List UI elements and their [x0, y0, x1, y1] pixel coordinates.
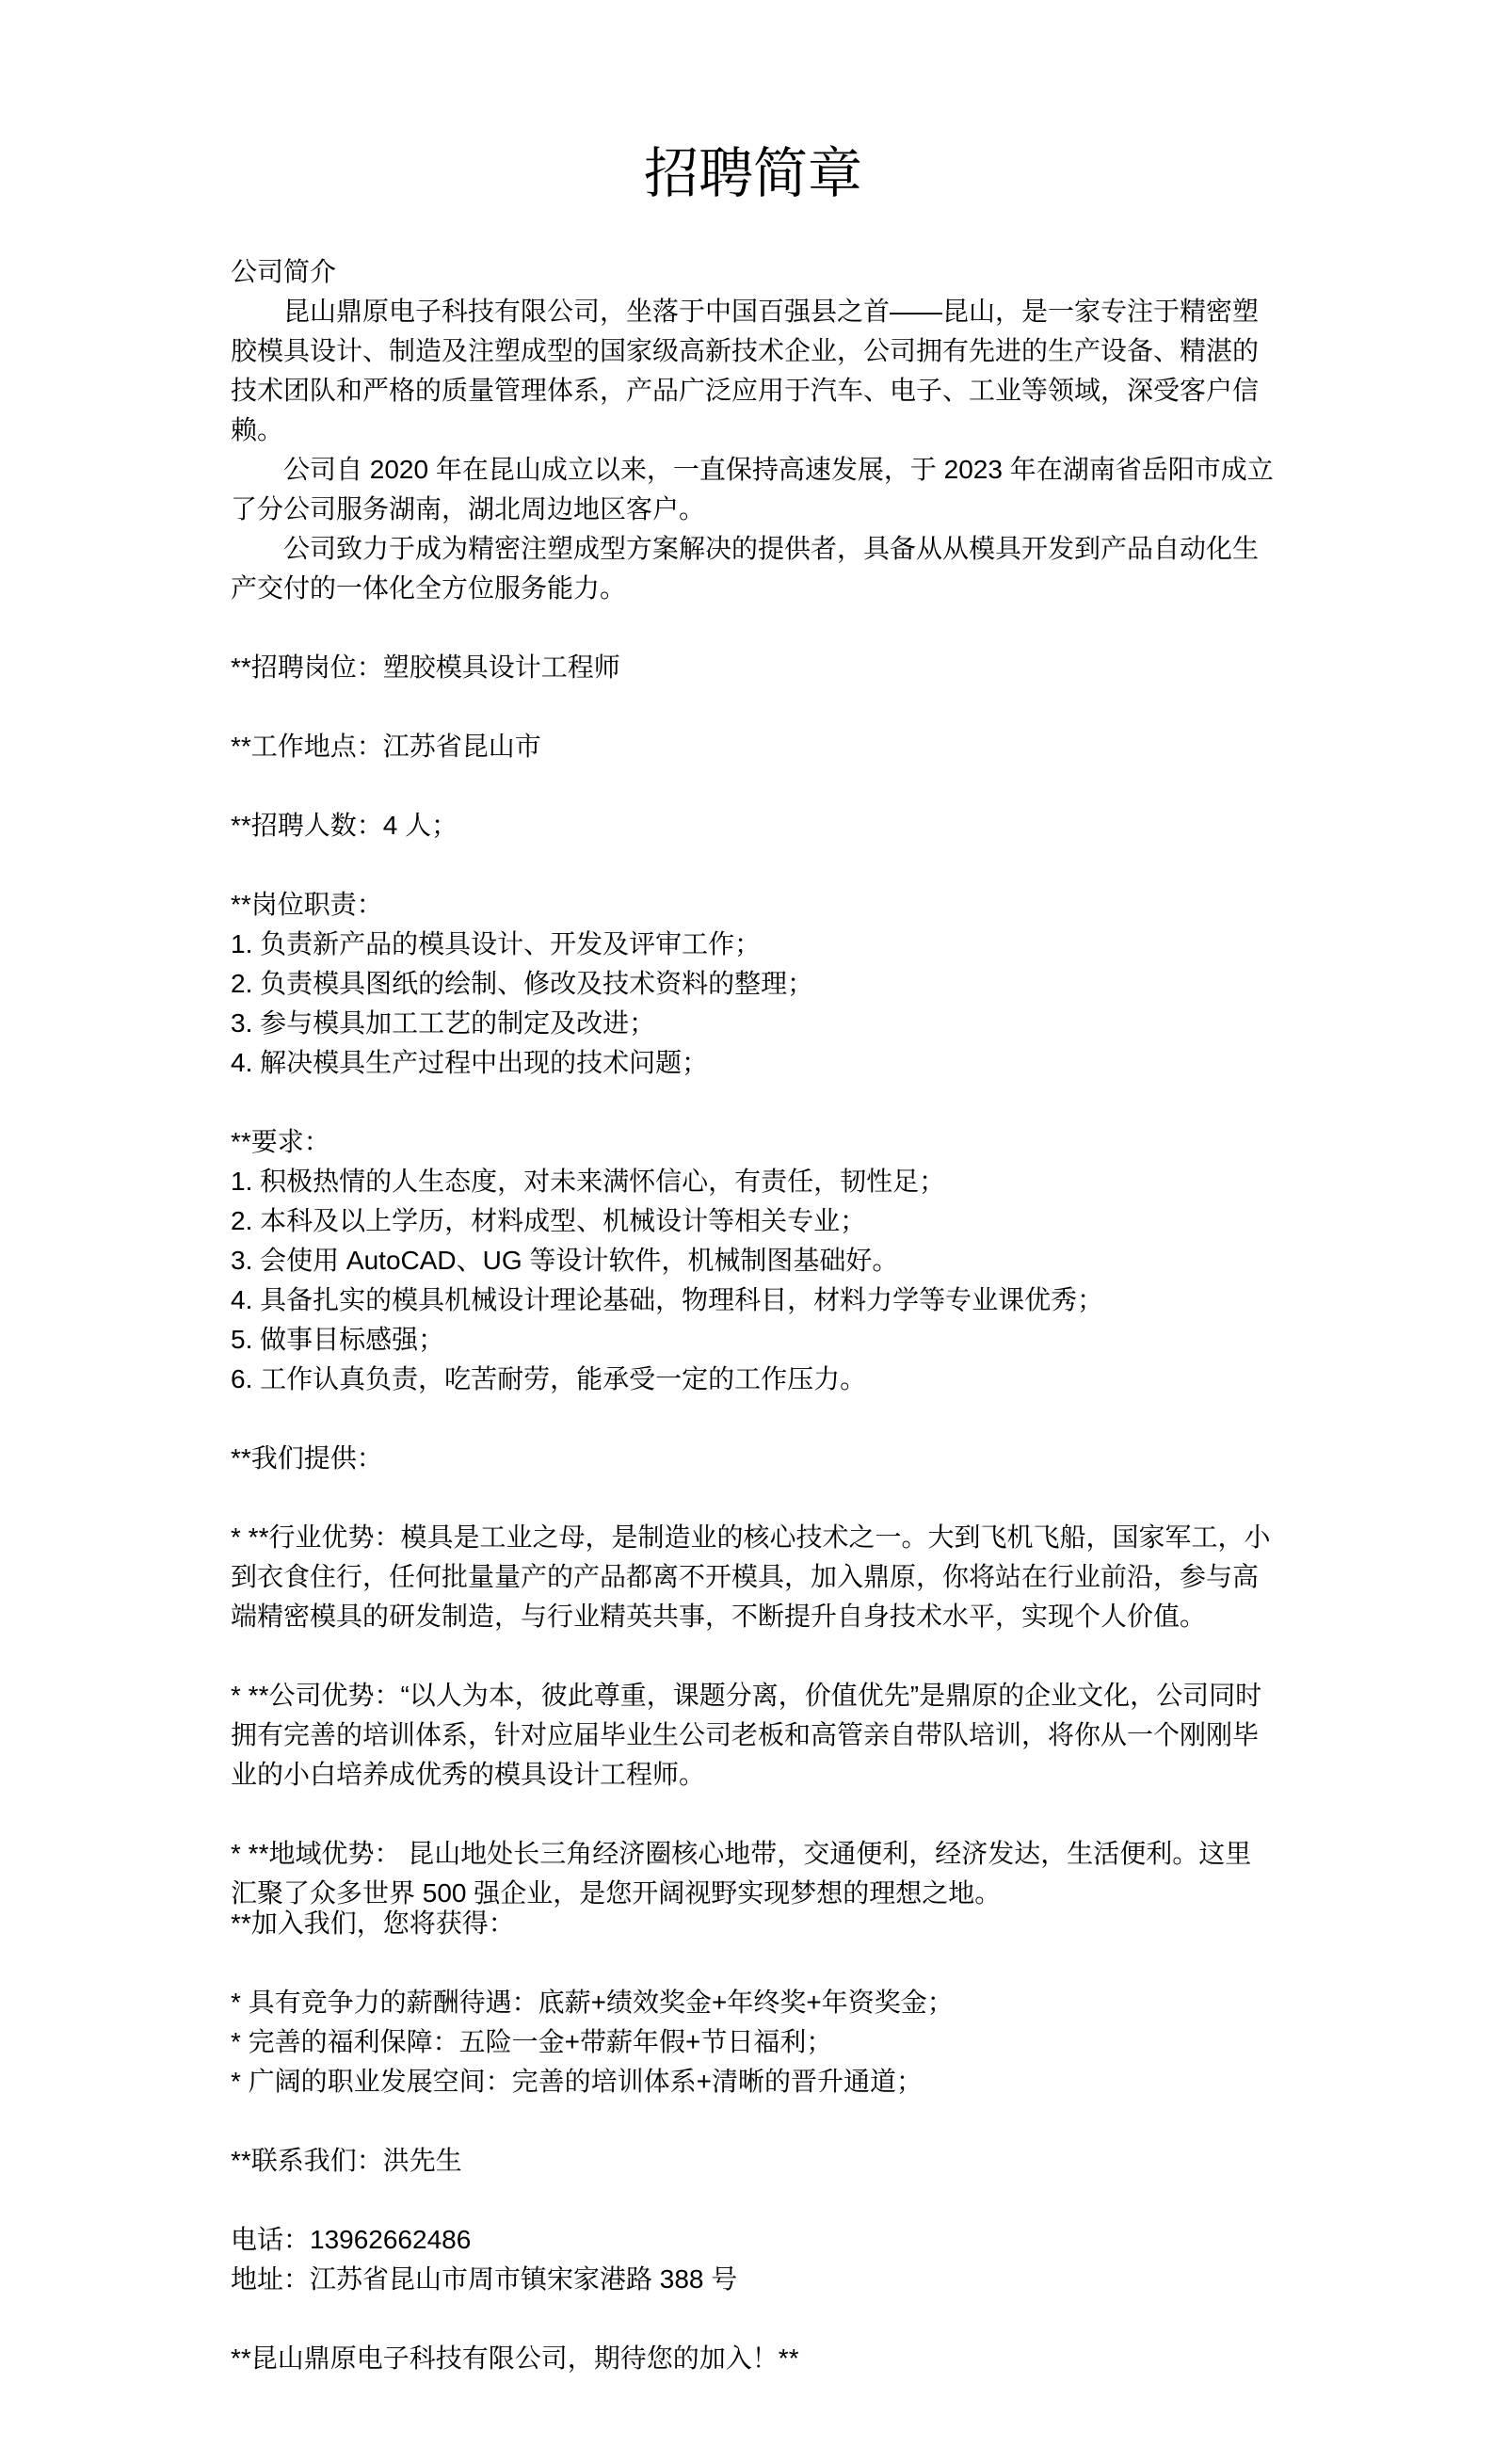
benefit-item-3: * 广阔的职业发展空间：完善的培训体系+清晰的晋升通道；	[231, 2062, 1276, 2102]
duty-item-1: 1. 负责新产品的模具设计、开发及评审工作；	[231, 925, 1276, 964]
document-title: 招聘简章	[231, 139, 1276, 207]
requirement-item-5: 5. 做事目标感强；	[231, 1320, 1276, 1360]
contact-line: **联系我们：洪先生	[231, 2141, 1276, 2181]
requirement-item-3: 3. 会使用 AutoCAD、UG 等设计软件，机械制图基础好。	[231, 1241, 1276, 1280]
company-intro-paragraph-2: 公司自 2020 年在昆山成立以来，一直保持高速发展，于 2023 年在湖南省岳…	[231, 450, 1276, 529]
advantage-industry: * **行业优势：模具是工业之母，是制造业的核心技术之一。大到飞机飞船，国家军工…	[231, 1518, 1276, 1636]
company-intro-heading: 公司简介	[231, 252, 1276, 292]
closing-line: **昆山鼎原电子科技有限公司，期待您的加入！**	[231, 2339, 1276, 2378]
requirement-item-4: 4. 具备扎实的模具机械设计理论基础，物理科目，材料力学等专业课优秀；	[231, 1280, 1276, 1320]
duty-item-2: 2. 负责模具图纸的绘制、修改及技术资料的整理；	[231, 964, 1276, 1004]
offer-heading: **我们提供：	[231, 1439, 1276, 1478]
advantage-company: * **公司优势：“以人为本，彼此尊重，课题分离，价值优先”是鼎原的企业文化，公…	[231, 1676, 1276, 1795]
headcount-line: **招聘人数：4 人；	[231, 806, 1276, 845]
benefit-item-2: * 完善的福利保障：五险一金+带薪年假+节日福利；	[231, 2022, 1276, 2062]
position-line: **招聘岗位：塑胶模具设计工程师	[231, 648, 1276, 687]
duties-heading: **岗位职责：	[231, 885, 1276, 925]
duty-item-4: 4. 解决模具生产过程中出现的技术问题；	[231, 1043, 1276, 1083]
requirement-item-1: 1. 积极热情的人生态度，对未来满怀信心，有责任，韧性足；	[231, 1162, 1276, 1201]
requirements-heading: **要求：	[231, 1122, 1276, 1162]
company-intro-paragraph-1: 昆山鼎原电子科技有限公司，坐落于中国百强县之首——昆山，是一家专注于精密塑胶模具…	[231, 292, 1276, 450]
location-line: **工作地点：江苏省昆山市	[231, 727, 1276, 766]
benefit-item-1: * 具有竞争力的薪酬待遇：底薪+绩效奖金+年终奖+年资奖金；	[231, 1983, 1276, 2022]
phone-line: 电话：13962662486	[231, 2220, 1276, 2260]
duty-item-3: 3. 参与模具加工工艺的制定及改进；	[231, 1004, 1276, 1043]
advantage-region: * **地域优势： 昆山地处长三角经济圈核心地带，交通便利，经济发达，生活便利。…	[231, 1834, 1276, 1913]
requirement-item-6: 6. 工作认真负责，吃苦耐劳，能承受一定的工作压力。	[231, 1360, 1276, 1399]
address-line: 地址：江苏省昆山市周市镇宋家港路 388 号	[231, 2260, 1276, 2299]
requirement-item-2: 2. 本科及以上学历，材料成型、机械设计等相关专业；	[231, 1201, 1276, 1241]
company-intro-paragraph-3: 公司致力于成为精密注塑成型方案解决的提供者，具备从从模具开发到产品自动化生产交付…	[231, 529, 1276, 608]
recruitment-document-page: 招聘简章 公司简介 昆山鼎原电子科技有限公司，坐落于中国百强县之首——昆山，是一…	[0, 0, 1494, 2464]
